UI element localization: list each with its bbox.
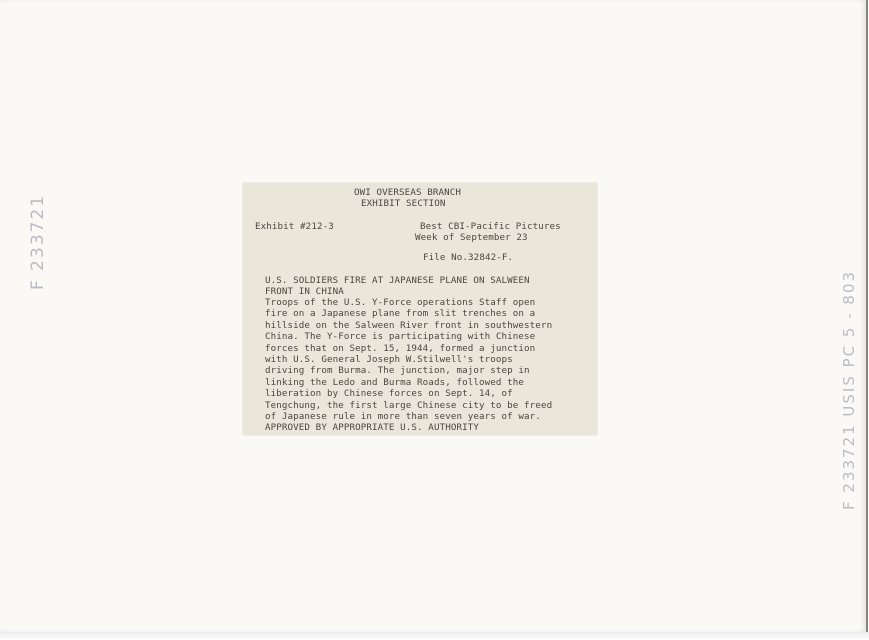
- right-margin-handwritten-mark: F 233721 USIS PC 5 - 803: [840, 270, 858, 510]
- caption-body-line: driving from Burma. The junction, major …: [265, 365, 530, 376]
- caption-body-line: hillside on the Salween River front in s…: [265, 320, 552, 331]
- week-line: Week of September 23: [415, 232, 528, 243]
- caption-body-line: fire on a Japanese plane from slit trenc…: [265, 308, 535, 319]
- header-line-2: EXHIBIT SECTION: [361, 198, 445, 209]
- header-line-1: OWI OVERSEAS BRANCH: [354, 187, 461, 198]
- caption-body-line: China. The Y-Force is participating with…: [265, 331, 535, 342]
- caption-body-line: with U.S. General Joseph W.Stilwell's tr…: [265, 354, 513, 365]
- headline-line-2: FRONT IN CHINA: [265, 286, 344, 297]
- caption-body-line: linking the Ledo and Burma Roads, follow…: [265, 377, 524, 388]
- caption-body-line: liberation by Chinese forces on Sept. 14…: [265, 388, 513, 399]
- caption-body-line: Tengchung, the first large Chinese city …: [265, 400, 552, 411]
- approval-line: APPROVED BY APPROPRIATE U.S. AUTHORITY: [265, 422, 479, 433]
- collection-title: Best CBI-Pacific Pictures: [420, 221, 561, 232]
- caption-body-line: of Japanese rule in more than seven year…: [265, 411, 541, 422]
- caption-body-line: Troops of the U.S. Y-Force operations St…: [265, 297, 535, 308]
- caption-card: OWI OVERSEAS BRANCH EXHIBIT SECTION Exhi…: [243, 183, 597, 435]
- headline-line-1: U.S. SOLDIERS FIRE AT JAPANESE PLANE ON …: [265, 275, 530, 286]
- exhibit-number: Exhibit #212-3: [255, 221, 334, 232]
- file-number: File No.32842-F.: [423, 252, 513, 263]
- left-margin-handwritten-mark: F 233721: [28, 194, 48, 290]
- caption-body-line: forces that on Sept. 15, 1944, formed a …: [265, 343, 535, 354]
- mount-bottom-edge: [0, 632, 869, 640]
